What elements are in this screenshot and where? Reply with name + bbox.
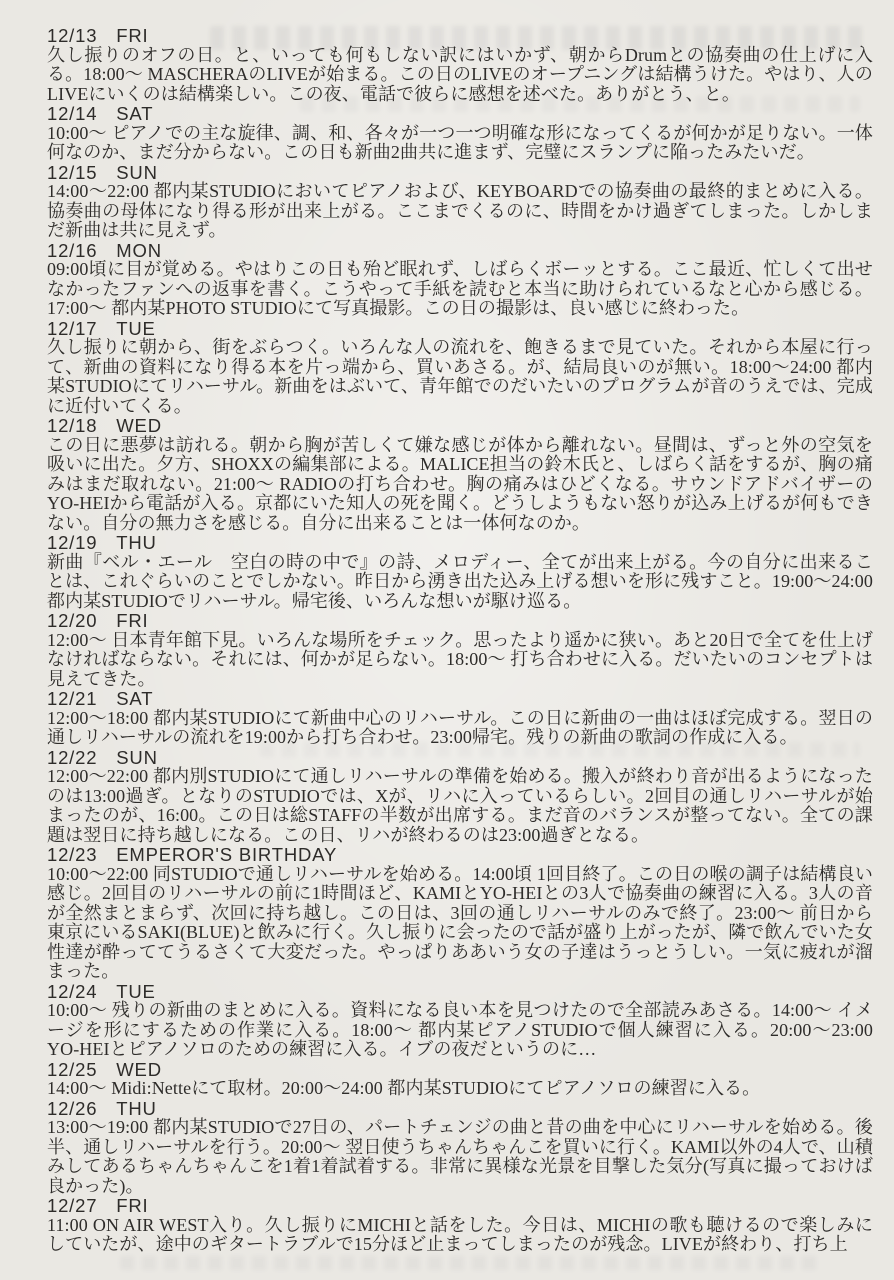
- entry-date-heading: 12/13FRI: [47, 26, 873, 46]
- entry-date-heading: 12/25WED: [47, 1060, 873, 1080]
- entry-text: 14:00〜 Midi:Netteにて取材。20:00〜24:00 都内某STU…: [47, 1079, 873, 1099]
- entry-date: 12/18: [47, 415, 97, 436]
- entry-day: FRI: [116, 1195, 148, 1216]
- entry-date-heading: 12/17TUE: [47, 319, 873, 339]
- entry-date-heading: 12/16MON: [47, 241, 873, 261]
- entry-date: 12/22: [47, 747, 97, 768]
- diary-entry: 12/15SUN 14:00〜22:00 都内某STUDIOにおいてピアノおよび…: [47, 163, 873, 241]
- entry-date-heading: 12/20FRI: [47, 611, 873, 631]
- bleedthrough-ghost: [120, 1256, 820, 1270]
- entry-text: 12:00〜22:00 都内別STUDIOにて通しリハーサルの準備を始める。搬入…: [47, 767, 873, 845]
- entry-date: 12/23: [47, 844, 97, 865]
- entry-date-heading: 12/19THU: [47, 533, 873, 553]
- entry-date: 12/26: [47, 1098, 97, 1119]
- entry-date: 12/17: [47, 318, 97, 339]
- diary-entry: 12/21SAT 12:00〜18:00 都内某STUDIOにて新曲中心のリハー…: [47, 689, 873, 748]
- diary-entry: 12/20FRI 12:00〜 日本青年館下見。いろんな場所をチェック。思ったよ…: [47, 611, 873, 689]
- entry-text: 09:00頃に目が覚める。やはりこの日も殆ど眠れず、しばらくボーッとする。ここ最…: [47, 260, 873, 319]
- entry-day: TUE: [116, 318, 155, 339]
- diary-entries-list: 12/13FRI 久し振りのオフの日。と、いっても何もしない訳にはいかず、朝から…: [47, 26, 873, 1255]
- diary-entry: 12/22SUN 12:00〜22:00 都内別STUDIOにて通しリハーサルの…: [47, 748, 873, 846]
- entry-day: FRI: [116, 25, 148, 46]
- entry-day: EMPEROR'S BIRTHDAY: [116, 844, 337, 865]
- entry-text: 久し振りのオフの日。と、いっても何もしない訳にはいかず、朝からDrumとの協奏曲…: [47, 46, 873, 105]
- entry-date-heading: 12/27FRI: [47, 1196, 873, 1216]
- entry-date: 12/24: [47, 981, 97, 1002]
- entry-text: 10:00〜22:00 同STUDIOで通しリハーサルを始める。14:00頃 1…: [47, 865, 873, 982]
- entry-date-heading: 12/22SUN: [47, 748, 873, 768]
- entry-day: SAT: [116, 103, 153, 124]
- entry-day: SUN: [116, 162, 157, 183]
- entry-day: TUE: [116, 981, 155, 1002]
- entry-text: 10:00〜 残りの新曲のまとめに入る。資料になる良い本を見つけたので全部読みあ…: [47, 1001, 873, 1060]
- entry-text: 13:00〜19:00 都内某STUDIOで27日の、パートチェンジの曲と昔の曲…: [47, 1118, 873, 1196]
- entry-date-heading: 12/18WED: [47, 416, 873, 436]
- entry-date-heading: 12/21SAT: [47, 689, 873, 709]
- entry-text: 久し振りに朝から、街をぶらつく。いろんな人の流れを、飽きるまで見ていた。それから…: [47, 338, 873, 416]
- entry-date-heading: 12/24TUE: [47, 982, 873, 1002]
- diary-entry: 12/23EMPEROR'S BIRTHDAY 10:00〜22:00 同STU…: [47, 845, 873, 982]
- entry-date-heading: 12/14SAT: [47, 104, 873, 124]
- diary-entry: 12/19THU 新曲『ベル・エール 空白の時の中で』の詩、メロディー、全てが出…: [47, 533, 873, 611]
- entry-date-heading: 12/23EMPEROR'S BIRTHDAY: [47, 845, 873, 865]
- entry-date: 12/19: [47, 532, 97, 553]
- entry-day: WED: [116, 415, 162, 436]
- diary-entry: 12/18WED この日に悪夢は訪れる。朝から胸が苦しくて嫌な感じが体から離れな…: [47, 416, 873, 533]
- diary-entry: 12/16MON 09:00頃に目が覚める。やはりこの日も殆ど眠れず、しばらくボ…: [47, 241, 873, 319]
- entry-day: SAT: [116, 688, 153, 709]
- entry-date: 12/21: [47, 688, 97, 709]
- entry-day: SUN: [116, 747, 157, 768]
- entry-date: 12/27: [47, 1195, 97, 1216]
- entry-date: 12/20: [47, 610, 97, 631]
- entry-date: 12/25: [47, 1059, 97, 1080]
- entry-text: 新曲『ベル・エール 空白の時の中で』の詩、メロディー、全てが出来上がる。今の自分…: [47, 553, 873, 612]
- entry-day: THU: [116, 532, 156, 553]
- scanned-diary-page: 12/13FRI 久し振りのオフの日。と、いっても何もしない訳にはいかず、朝から…: [0, 0, 894, 1280]
- entry-day: FRI: [116, 610, 148, 631]
- diary-entry: 12/25WED 14:00〜 Midi:Netteにて取材。20:00〜24:…: [47, 1060, 873, 1099]
- diary-entry: 12/13FRI 久し振りのオフの日。と、いっても何もしない訳にはいかず、朝から…: [47, 26, 873, 104]
- entry-date: 12/16: [47, 240, 97, 261]
- entry-text: 12:00〜 日本青年館下見。いろんな場所をチェック。思ったより遥かに狭い。あと…: [47, 631, 873, 690]
- entry-date-heading: 12/26THU: [47, 1099, 873, 1119]
- entry-text: 10:00〜 ピアノでの主な旋律、調、和、各々が一つ一つ明確な形になってくるが何…: [47, 124, 873, 163]
- entry-day: THU: [116, 1098, 156, 1119]
- entry-day: MON: [116, 240, 162, 261]
- entry-date: 12/14: [47, 103, 97, 124]
- diary-entry: 12/24TUE 10:00〜 残りの新曲のまとめに入る。資料になる良い本を見つ…: [47, 982, 873, 1060]
- diary-entry: 12/26THU 13:00〜19:00 都内某STUDIOで27日の、パートチ…: [47, 1099, 873, 1197]
- entry-date: 12/15: [47, 162, 97, 183]
- diary-entry: 12/17TUE 久し振りに朝から、街をぶらつく。いろんな人の流れを、飽きるまで…: [47, 319, 873, 417]
- diary-entry: 12/14SAT 10:00〜 ピアノでの主な旋律、調、和、各々が一つ一つ明確な…: [47, 104, 873, 163]
- entry-text: この日に悪夢は訪れる。朝から胸が苦しくて嫌な感じが体から離れない。昼間は、ずっと…: [47, 436, 873, 534]
- entry-day: WED: [116, 1059, 162, 1080]
- entry-text: 12:00〜18:00 都内某STUDIOにて新曲中心のリハーサル。この日に新曲…: [47, 709, 873, 748]
- entry-text: 14:00〜22:00 都内某STUDIOにおいてピアノおよび、KEYBOARD…: [47, 182, 873, 241]
- entry-date: 12/13: [47, 25, 97, 46]
- entry-text: 11:00 ON AIR WEST入り。久し振りにMICHIと話をした。今日は、…: [47, 1216, 873, 1255]
- diary-entry: 12/27FRI 11:00 ON AIR WEST入り。久し振りにMICHIと…: [47, 1196, 873, 1255]
- entry-date-heading: 12/15SUN: [47, 163, 873, 183]
